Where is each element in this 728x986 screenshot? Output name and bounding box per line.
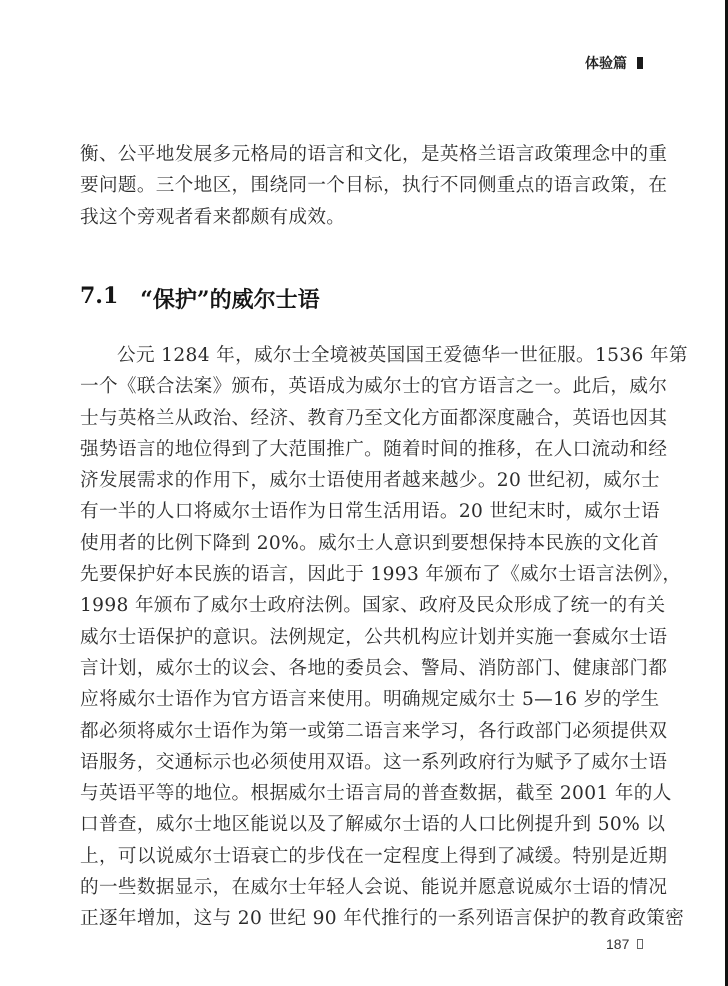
page-number: 187 bbox=[606, 936, 629, 952]
text-line: 的一些数据显示，在威尔士年轻人会说、能说并愿意说威尔士语的情况 bbox=[80, 872, 648, 903]
text-line: 1998 年颁布了威尔士政府法例。国家、政府及民众形成了统一的有关 bbox=[80, 590, 648, 621]
text-line: 要问题。三个地区，围绕同一个目标，执行不同侧重点的语言政策，在 bbox=[80, 170, 648, 201]
section-heading: 7.1 “保护”的威尔士语 bbox=[80, 283, 320, 314]
text-line: 济发展需求的作用下，威尔士语使用者越来越少。20 世纪初，威尔士 bbox=[80, 465, 648, 496]
text-line: 强势语言的地位得到了大范围推广。随着时间的推移，在人口流动和经 bbox=[80, 434, 648, 465]
section-number: 7.1 bbox=[80, 283, 118, 314]
text-line: 先要保护好本民族的语言，因此于 1993 年颁布了《威尔士语言法例》， bbox=[80, 559, 648, 590]
page-footer: 187 bbox=[606, 936, 643, 952]
running-header: 体验篇 bbox=[585, 53, 643, 73]
text-line: 士与英格兰从政治、经济、教育乃至文化方面都深度融合，英语也因其 bbox=[80, 403, 648, 434]
intro-paragraph: 衡、公平地发展多元格局的语言和文化，是英格兰语言政策理念中的重 要问题。三个地区… bbox=[80, 139, 648, 233]
text-line: 使用者的比例下降到 20%。威尔士人意识到要想保持本民族的文化首 bbox=[80, 528, 648, 559]
text-line: 有一半的人口将威尔士语作为日常生活用语。20 世纪末时，威尔士语 bbox=[80, 496, 648, 527]
text-line: 都必须将威尔士语作为第一或第二语言来学习，各行政部门必须提供双 bbox=[80, 716, 648, 747]
text-line: 一个《联合法案》颁布，英语成为威尔士的官方语言之一。此后，威尔 bbox=[80, 371, 648, 402]
text-line: 言计划，威尔士的议会、各地的委员会、警局、消防部门、健康部门都 bbox=[80, 653, 648, 684]
text-line: 上，可以说威尔士语衰亡的步伐在一定程度上得到了减缓。特别是近期 bbox=[80, 841, 648, 872]
text-line: 我这个旁观者看来都颇有成效。 bbox=[80, 202, 648, 233]
text-line: 口普查，威尔士地区能说以及了解威尔士语的人口比例提升到 50% 以 bbox=[80, 809, 648, 840]
running-header-label: 体验篇 bbox=[585, 53, 627, 73]
text-line: 与英语平等的地位。根据威尔士语言局的普查数据，截至 2001 年的人 bbox=[80, 778, 648, 809]
text-line: 衡、公平地发展多元格局的语言和文化，是英格兰语言政策理念中的重 bbox=[80, 139, 648, 170]
text-line: 公元 1284 年，威尔士全境被英国国王爱德华一世征服。1536 年第 bbox=[80, 340, 648, 371]
page-marker-icon bbox=[637, 939, 643, 949]
text-line: 威尔士语保护的意识。法例规定，公共机构应计划并实施一套威尔士语 bbox=[80, 622, 648, 653]
text-line: 语服务，交通标示也必须使用双语。这一系列政府行为赋予了威尔士语 bbox=[80, 747, 648, 778]
section-title: “保护”的威尔士语 bbox=[140, 283, 319, 314]
text-line: 应将威尔士语作为官方语言来使用。明确规定威尔士 5—16 岁的学生 bbox=[80, 684, 648, 715]
text-line: 正逐年增加，这与 20 世纪 90 年代推行的一系列语言保护的教育政策密 bbox=[80, 903, 648, 934]
header-square-icon bbox=[637, 57, 643, 69]
section-paragraph: 公元 1284 年，威尔士全境被英国国王爱德华一世征服。1536 年第 一个《联… bbox=[80, 340, 648, 935]
